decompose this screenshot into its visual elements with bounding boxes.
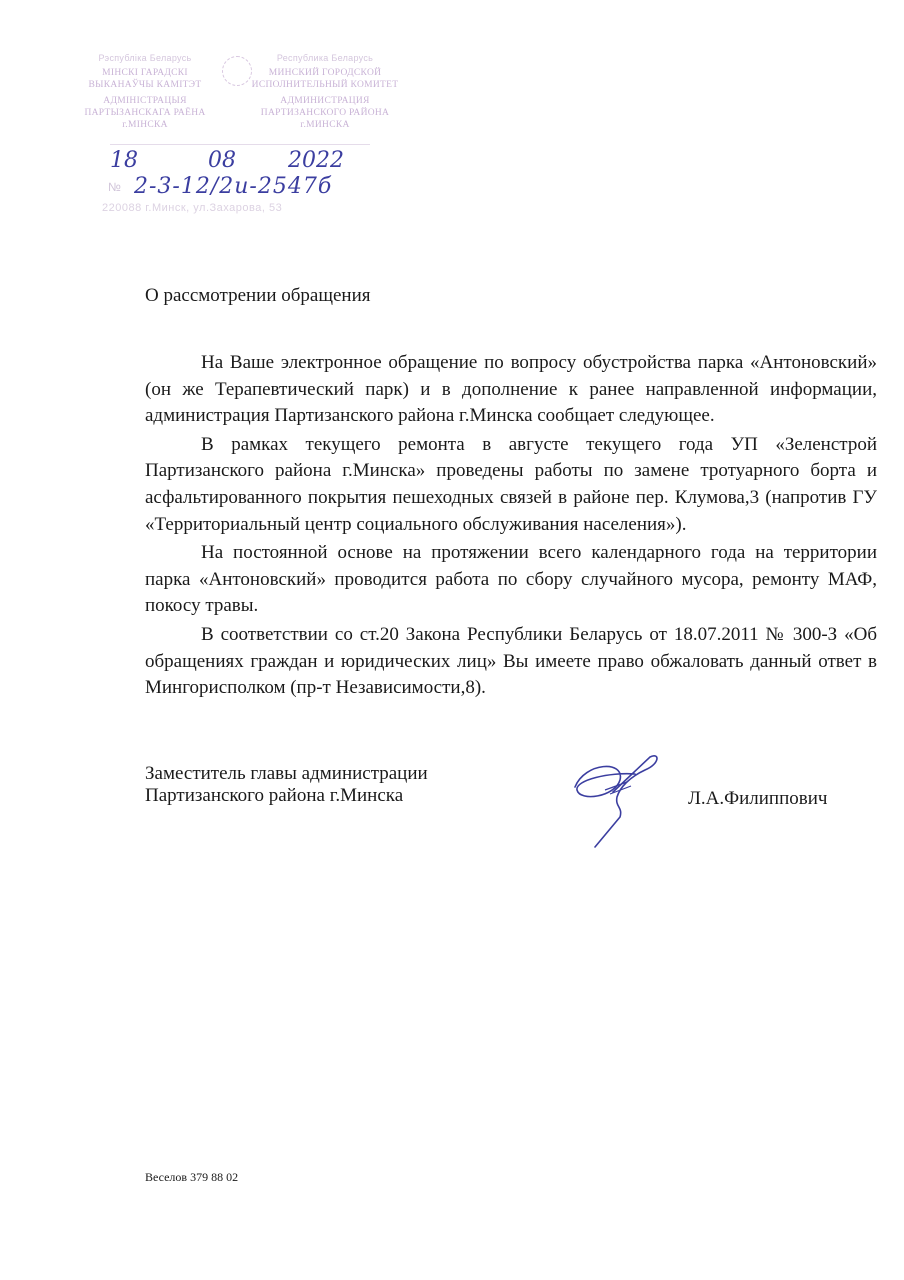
document-body: На Ваше электронное обращение по вопросу… bbox=[145, 350, 877, 704]
stamp-line: ПАРТЫЗАНСКАГА РАЁНА bbox=[70, 107, 220, 119]
position-line: Заместитель главы администрации bbox=[145, 763, 428, 785]
signatory-name: Л.А.Филиппович bbox=[688, 788, 827, 810]
stamp-line: АДМІНІСТРАЦЫЯ bbox=[70, 95, 220, 107]
registration-number: 2-3-12/2и-2547б bbox=[134, 174, 332, 199]
stamp-line: г.МИНСКА bbox=[250, 119, 400, 131]
paragraph: В рамках текущего ремонта в августе теку… bbox=[145, 432, 877, 538]
executor-note: Веселов 379 88 02 bbox=[145, 1170, 238, 1185]
stamp-left-column: Рэспубліка Беларусь МІНСКІ ГАРАДСКІ ВЫКА… bbox=[70, 52, 220, 131]
stamp-right-column: Республика Беларусь МИНСКИЙ ГОРОДСКОЙ ИС… bbox=[250, 52, 400, 131]
paragraph: На постоянной основе на протяжении всего… bbox=[145, 540, 877, 620]
document-subject: О рассмотрении обращения bbox=[145, 285, 371, 307]
stamp-line: ВЫКАНАЎЧЫ КАМІТЭТ bbox=[70, 79, 220, 91]
state-emblem-icon bbox=[222, 56, 252, 86]
stamp-country-by: Рэспубліка Беларусь bbox=[70, 52, 220, 64]
signature-icon bbox=[565, 752, 675, 852]
paragraph: На Ваше электронное обращение по вопросу… bbox=[145, 350, 877, 430]
stamp-line: АДМИНИСТРАЦИЯ bbox=[250, 95, 400, 107]
stamp-address: 220088 г.Минск, ул.Захарова, 53 bbox=[102, 202, 282, 214]
stamp-divider bbox=[110, 144, 370, 145]
position-line: Партизанского района г.Минска bbox=[145, 785, 428, 807]
registration-number-row: № 2-3-12/2и-2547б bbox=[100, 174, 400, 202]
stamp-line: г.МІНСКА bbox=[70, 119, 220, 131]
stamp-line: ПАРТИЗАНСКОГО РАЙОНА bbox=[250, 107, 400, 119]
date-day: 18 bbox=[110, 148, 138, 173]
signatory-position: Заместитель главы администрации Партизан… bbox=[145, 763, 428, 807]
date-year: 2022 bbox=[288, 148, 344, 173]
paragraph: В соответствии со ст.20 Закона Республик… bbox=[145, 622, 877, 702]
handwritten-date: 18 08 2022 bbox=[110, 148, 390, 174]
stamp-line: МИНСКИЙ ГОРОДСКОЙ bbox=[250, 67, 400, 79]
stamp-line: МІНСКІ ГАРАДСКІ bbox=[70, 67, 220, 79]
registration-stamp: Рэспубліка Беларусь МІНСКІ ГАРАДСКІ ВЫКА… bbox=[70, 52, 400, 222]
stamp-country-ru: Республика Беларусь bbox=[250, 52, 400, 64]
number-label: № bbox=[108, 180, 121, 194]
date-month: 08 bbox=[208, 148, 236, 173]
stamp-line: ИСПОЛНИТЕЛЬНЫЙ КОМИТЕТ bbox=[250, 79, 400, 91]
